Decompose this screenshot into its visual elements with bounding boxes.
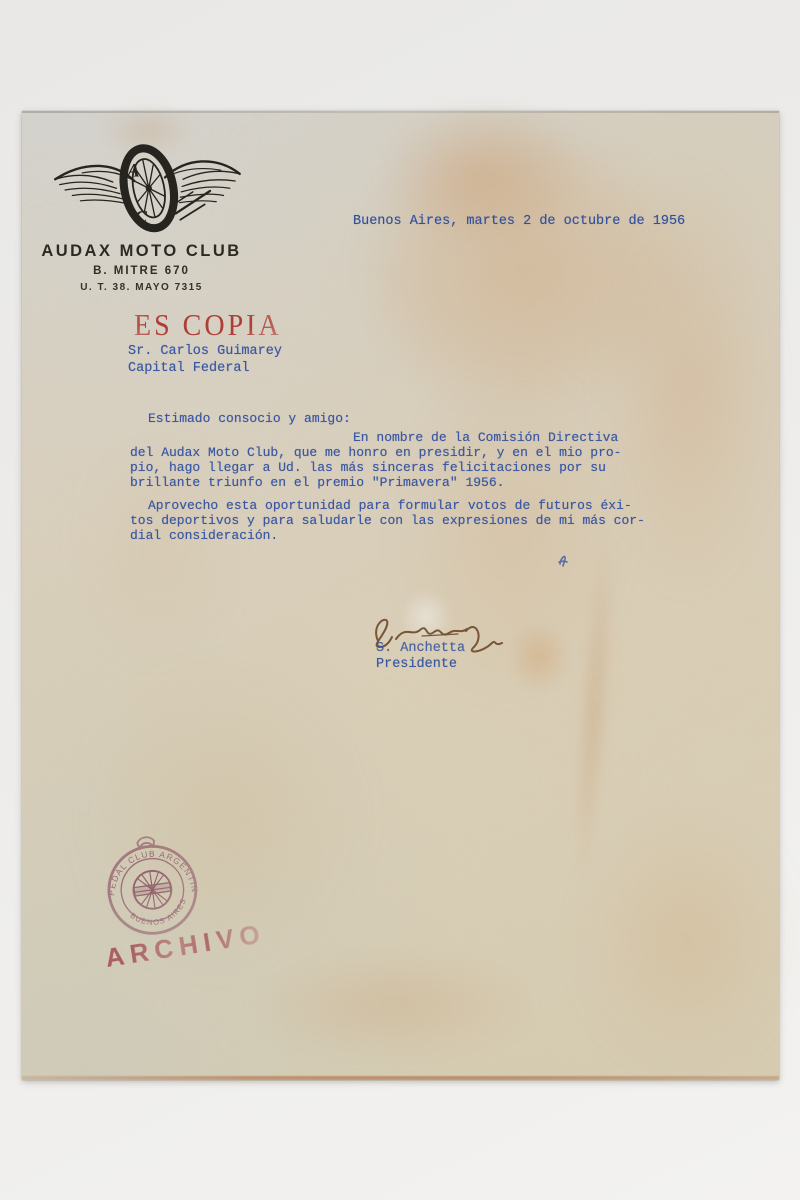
body-line: dial consideración. [130, 529, 278, 543]
stain [250, 949, 535, 1061]
stain [508, 621, 570, 693]
club-phone: U. T. 38. MAYO 7315 [34, 282, 249, 293]
club-name: AUDAX MOTO CLUB [34, 242, 249, 261]
body-line: En nombre de la Comisión Directiva [353, 431, 618, 445]
stain [578, 806, 793, 1071]
signer-name: S. Anchetta [376, 642, 465, 656]
date-line: Buenos Aires, martes 2 de octubre de 195… [353, 215, 685, 229]
recipient-city: Capital Federal [128, 362, 250, 376]
body-line: Aprovecho esta oportunidad para formular… [148, 499, 632, 513]
body-line: tos deportivos y para saludarle con las … [130, 514, 645, 528]
stain [352, 119, 692, 419]
club-address: B. MITRE 670 [34, 265, 249, 277]
body-line: del Audax Moto Club, que me honro en pre… [130, 446, 621, 460]
winged-wheel-logo-icon: A C [48, 133, 246, 239]
ink-mark [556, 551, 570, 569]
letter-paper: A C AUDAX MOTO CLUB B. MITRE 670 U. T. 3… [22, 111, 779, 1080]
stain [600, 166, 775, 596]
salutation: Estimado consocio y amigo: [148, 412, 351, 426]
photo-backdrop: A C AUDAX MOTO CLUB B. MITRE 670 U. T. 3… [0, 0, 800, 1200]
stain [567, 525, 620, 891]
recipient-name: Sr. Carlos Guimarey [128, 345, 282, 359]
logo-monogram-c: C [134, 207, 147, 228]
body-line: pio, hago llegar a Ud. las más sinceras … [130, 461, 606, 475]
signer-title: Presidente [376, 658, 457, 672]
logo-monogram-a: A [126, 161, 140, 182]
es-copia-stamp: ES COPIA [134, 309, 282, 344]
body-line: brillante triunfo en el premio "Primaver… [130, 476, 504, 490]
